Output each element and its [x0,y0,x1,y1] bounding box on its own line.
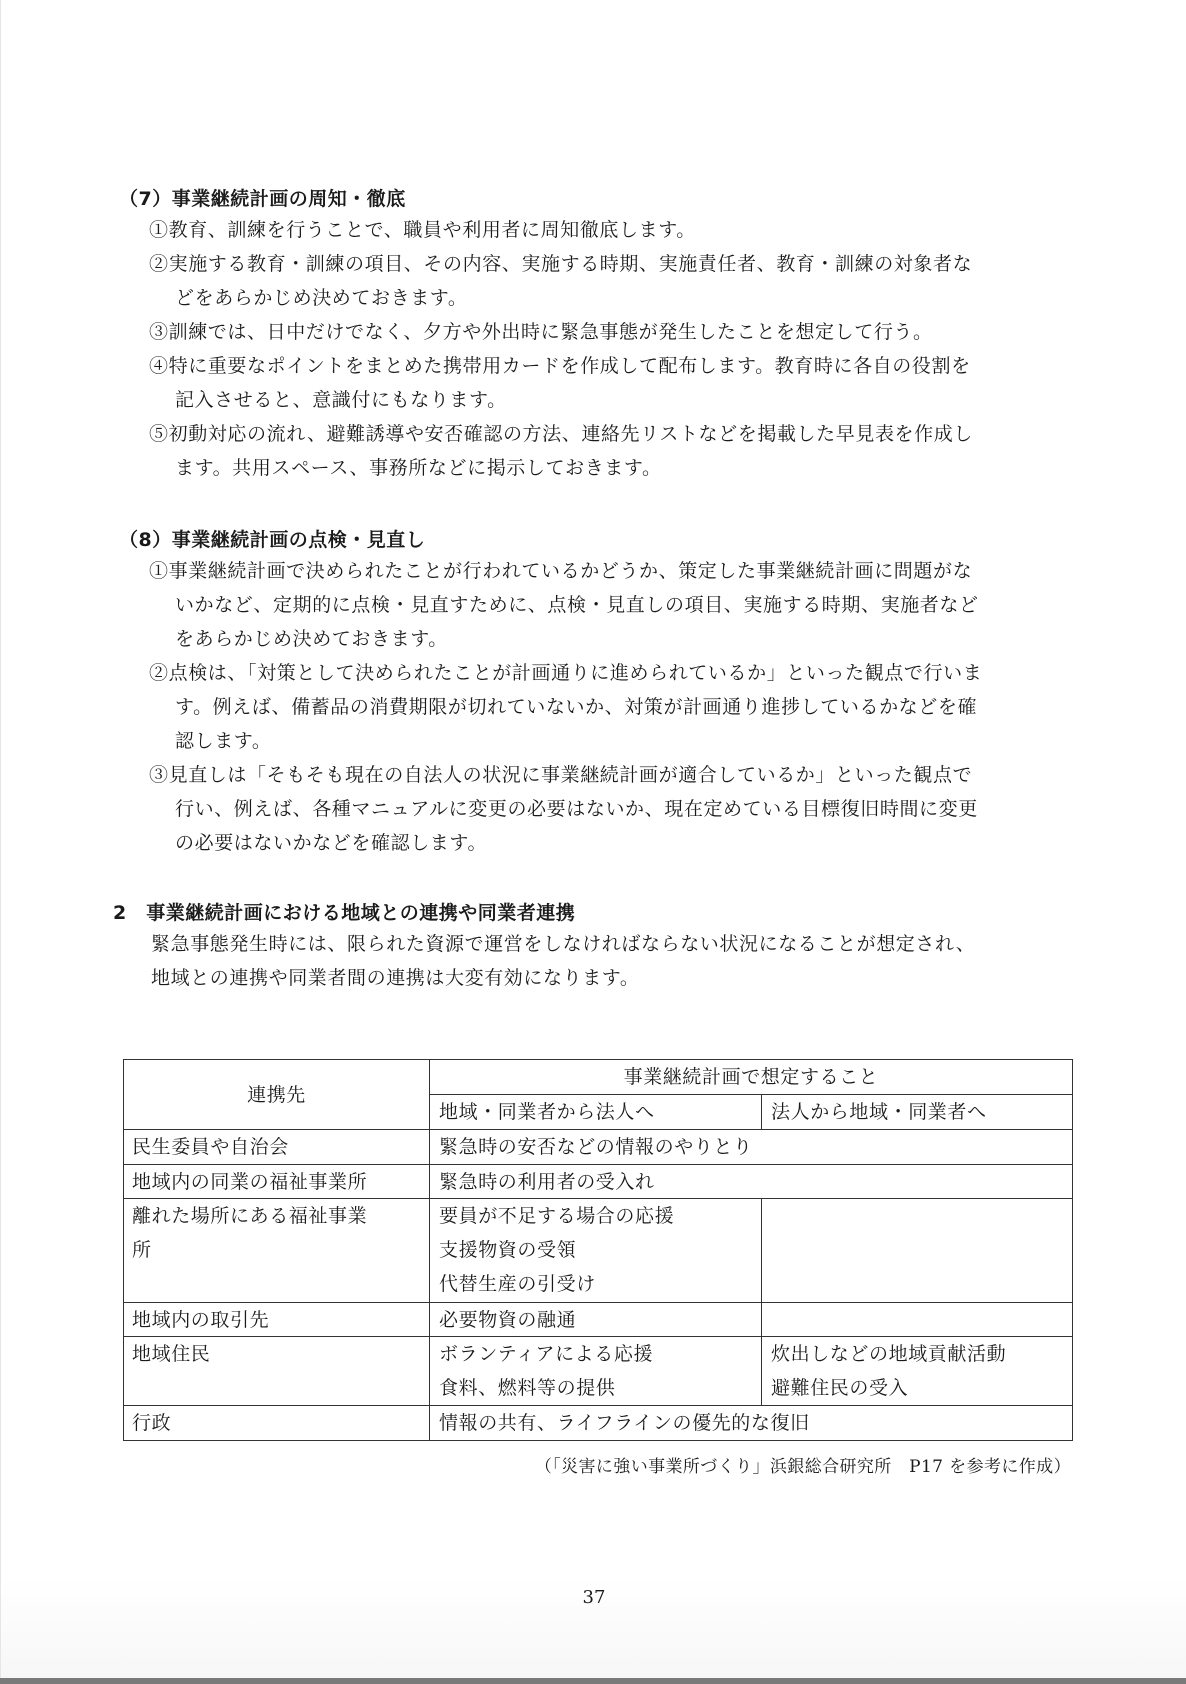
table-cell-partner: 地域内の同業の福祉事業所 [132,1165,367,1199]
paragraph-line: どをあらかじめ決めておきます。 [175,287,467,309]
paragraph-line: す。例えば、備蓄品の消費期限が切れていないか、対策が計画通り進捗しているかなどを… [175,696,977,718]
paragraph-line: ⑤初動対応の流れ、避難誘導や安否確認の方法、連絡先リストなどを掲載した早見表を作… [149,423,973,445]
table-cell-partner: 所 [132,1233,152,1267]
document-page: （7）事業継続計画の周知・徹底 ①教育、訓練を行うことで、職員や利用者に周知徹底… [0,0,1186,1678]
section-heading-7: （7）事業継続計画の周知・徹底 [119,184,406,211]
paragraph-line: をあらかじめ決めておきます。 [175,628,448,650]
table-divider [761,1095,762,1130]
table-cell-partner: 行政 [132,1406,171,1440]
paragraph-line: ③見直しは「そもそも現在の自法人の状況に事業継続計画が適合しているか」といった観… [149,764,972,786]
paragraph-line: ①事業継続計画で決められたことが行われているかどうか、策定した事業継続計画に問題… [149,560,972,582]
paragraph-line: 認します。 [175,730,271,752]
table-citation: （「災害に強い事業所づくり」浜銀総合研究所 P17 を参考に作成） [535,1452,1071,1477]
table-header-group: 事業継続計画で想定すること [430,1060,1072,1094]
paragraph-line: 記入させると、意識付にもなります。 [175,389,507,411]
collaboration-table: 連携先 事業継続計画で想定すること 地域・同業者から法人へ 法人から地域・同業者… [123,1059,1073,1441]
paragraph-line: ②実施する教育・訓練の項目、その内容、実施する時期、実施責任者、教育・訓練の対象… [149,253,972,275]
section-heading-8: （8）事業継続計画の点検・見直し [119,525,425,552]
paragraph-line: ③訓練では、日中だけでなく、夕方や外出時に緊急事態が発生したことを想定して行う。 [149,321,933,343]
table-cell-partner: 離れた場所にある福祉事業 [132,1199,367,1233]
table-cell-partner: 地域住民 [132,1337,210,1371]
table-cell-from-corp: 炊出しなどの地域貢献活動 [771,1337,1006,1371]
paragraph-line: ①教育、訓練を行うことで、職員や利用者に周知徹底します。 [149,219,696,241]
table-cell-to-corp: ボランティアによる応援 [439,1337,653,1371]
table-cell-to-corp: 代替生産の引受け [439,1267,596,1301]
table-divider [761,1199,762,1337]
viewer-bottom-bar [0,1678,1186,1684]
table-cell-to-corp: 情報の共有、ライフラインの優先的な復旧 [439,1406,810,1440]
paragraph-line: の必要はないかなどを確認します。 [175,832,487,854]
paragraph-line: 行い、例えば、各種マニュアルに変更の必要はないか、現在定めている目標復旧時間に変… [175,798,978,820]
table-divider [429,1060,430,1440]
paragraph-line: ④特に重要なポイントをまとめた携帯用カードを作成して配布します。教育時に各自の役… [149,355,971,377]
table-cell-partner: 地域内の取引先 [132,1303,269,1337]
table-cell-to-corp: 支援物資の受領 [439,1233,576,1267]
table-cell-partner: 民生委員や自治会 [132,1130,289,1164]
paragraph-line: ます。共用スペース、事務所などに掲示しておきます。 [175,457,662,479]
table-cell-to-corp: 必要物資の融通 [439,1303,576,1337]
section-heading-2: 2 事業継続計画における地域との連携や同業者連携 [113,898,575,925]
table-header-to-corp: 地域・同業者から法人へ [439,1095,655,1129]
page-number: 37 [1,1587,1186,1608]
table-cell-to-corp: 食料、燃料等の提供 [439,1371,615,1405]
table-header-from-corp: 法人から地域・同業者へ [771,1095,987,1129]
table-divider [761,1337,762,1406]
table-header-partner: 連携先 [124,1078,429,1112]
paragraph-line: 緊急事態発生時には、限られた資源で運営をしなければならない状況になることが想定さ… [151,933,975,955]
table-cell-to-corp: 緊急時の安否などの情報のやりとり [439,1130,753,1164]
table-cell-to-corp: 緊急時の利用者の受入れ [439,1165,655,1199]
table-cell-to-corp: 要員が不足する場合の応援 [439,1199,674,1233]
paragraph-line: いかなど、定期的に点検・見直すために、点検・見直しの項目、実施する時期、実施者な… [175,594,979,616]
table-cell-from-corp: 避難住民の受入 [771,1371,908,1405]
paragraph-line: ②点検は、「対策として決められたことが計画通りに進められているか」といった観点で… [149,662,982,684]
paragraph-line: 地域との連携や同業者間の連携は大変有効になります。 [151,967,639,989]
